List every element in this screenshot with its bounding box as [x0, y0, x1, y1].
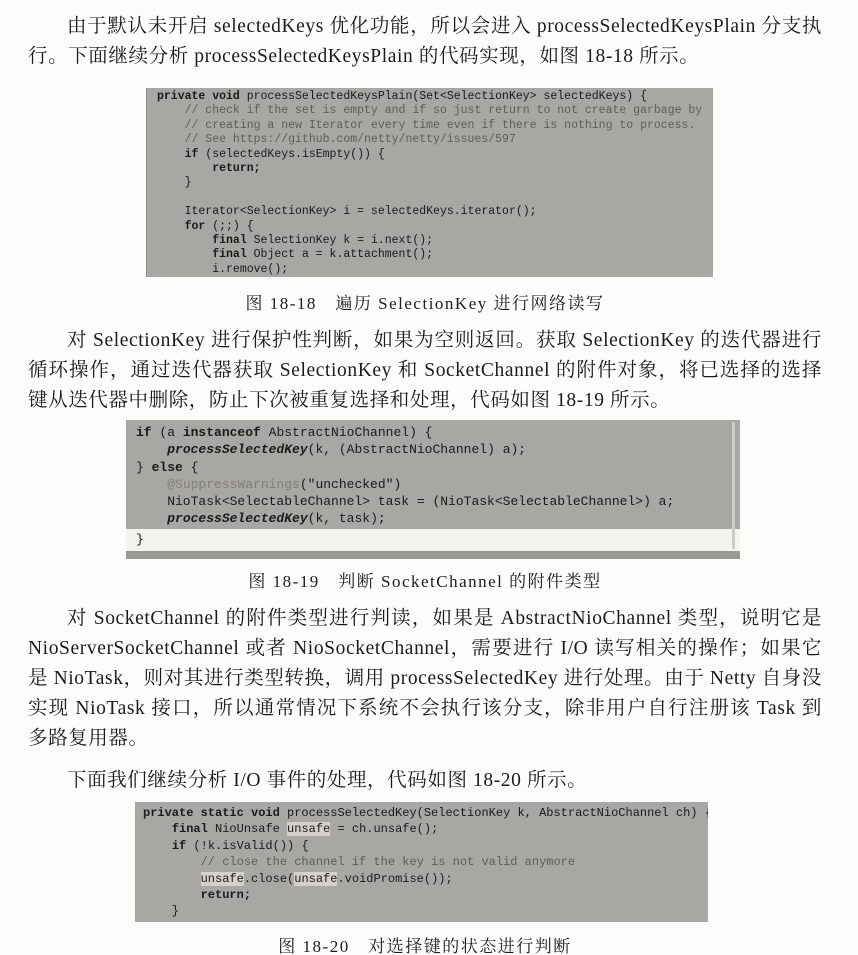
- figure-18-19-caption: 图 18-19 判断 SocketChannel 的附件类型: [28, 567, 822, 592]
- figure-18-20-caption: 图 18-20 对选择键的状态进行判断: [28, 932, 822, 955]
- paragraph-3: 对 SocketChannel 的附件类型进行判读，如果是 AbstractNi…: [28, 604, 822, 754]
- code-area: if (a instanceof AbstractNioChannel) { p…: [126, 420, 740, 529]
- code-footer-line: }: [126, 529, 740, 551]
- figure-18-19-code-screenshot: if (a instanceof AbstractNioChannel) { p…: [126, 420, 740, 559]
- paragraph-1: 由于默认未开启 selectedKeys 优化功能，所以会进入 processS…: [28, 12, 822, 72]
- figure-18-18-code-screenshot: private void processSelectedKeysPlain(Se…: [146, 88, 713, 277]
- figure-18-18-caption: 图 18-18 遍历 SelectionKey 进行网络读写: [28, 289, 822, 314]
- book-page: 由于默认未开启 selectedKeys 优化功能，所以会进入 processS…: [0, 0, 858, 955]
- horizontal-scrollbar: [126, 551, 740, 559]
- vertical-scrollbar: [732, 422, 735, 549]
- paragraph-2: 对 SelectionKey 进行保护性判断，如果为空则返回。获取 Select…: [28, 326, 822, 416]
- figure-18-20-code-screenshot: private static void processSelectedKey(S…: [135, 802, 708, 922]
- paragraph-4: 下面我们继续分析 I/O 事件的处理，代码如图 18-20 所示。: [28, 766, 822, 796]
